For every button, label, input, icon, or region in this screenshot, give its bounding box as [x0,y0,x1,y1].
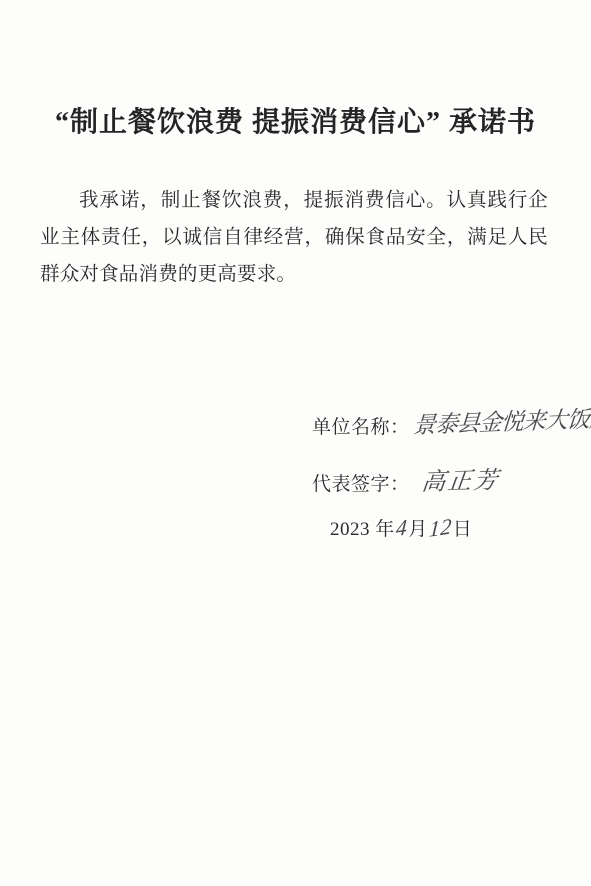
document-title: “制止餐饮浪费 提振消费信心” 承诺书 [0,104,591,142]
date-day-handwritten: 12 [428,513,453,543]
unit-name-row: 单位名称： 景泰县金悦来大饭店 [312,412,591,462]
commitment-paragraph: 我承诺，制止餐饮浪费，提振消费信心。认真践行企业主体责任，以诚信自律经营，确保食… [40,182,548,293]
date-year-printed: 2023 年 [330,514,395,541]
representative-signature-handwritten: 高正芳 [420,460,502,497]
document-page: “制止餐饮浪费 提振消费信心” 承诺书 我承诺，制止餐饮浪费，提振消费信心。认真… [0,0,591,886]
date-day-suffix: 日 [453,514,473,541]
signature-block: 单位名称： 景泰县金悦来大饭店 代表签字： 高正芳 2023 年 4 月 12 … [312,412,591,541]
unit-name-handwritten: 景泰县金悦来大饭店 [412,400,591,440]
representative-signature-row: 代表签字： 高正芳 [312,462,591,512]
date-month-handwritten: 4 [395,514,408,542]
date-month-suffix: 月 [408,514,428,541]
date-row: 2023 年 4 月 12 日 [330,514,591,541]
representative-signature-label: 代表签字： [312,469,410,496]
unit-name-label: 单位名称： [312,412,410,439]
